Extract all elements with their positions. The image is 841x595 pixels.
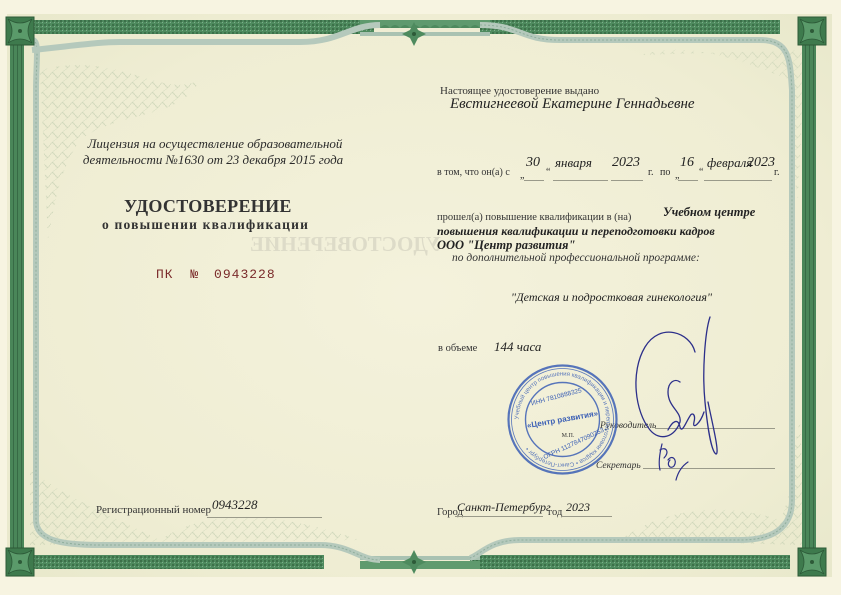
to-year-underline <box>746 180 772 181</box>
city-value: Санкт-Петербург <box>457 500 551 515</box>
to-label: по <box>660 167 670 178</box>
year-underline <box>562 516 612 517</box>
ghost-print-title: УДОСТОВЕРЕНИЕ <box>250 232 441 257</box>
to-month: февраля <box>707 155 752 171</box>
from-day: 30 <box>526 155 540 171</box>
license-line-1: Лицензия на осуществление образовательно… <box>85 136 345 152</box>
head-signature <box>620 312 740 492</box>
from-year-suffix: г. <box>648 167 653 178</box>
program-label: по дополнительной профессиональной прогр… <box>452 252 700 264</box>
from-month: января <box>555 155 592 171</box>
recipient-name: Евстигнеевой Екатерине Геннадьевне <box>450 96 695 113</box>
period-prefix: в том, что он(а) с <box>437 167 510 178</box>
year-label: год <box>548 507 562 518</box>
volume-value: 144 часа <box>494 339 541 355</box>
quote-close-2: “ <box>699 167 703 178</box>
city-underline <box>455 516 543 517</box>
to-day: 16 <box>680 155 694 171</box>
certificate-number-value: 0943228 <box>214 267 276 282</box>
from-day-underline <box>524 180 544 181</box>
to-year: 2023 <box>747 155 775 171</box>
registration-number: 0943228 <box>212 497 258 513</box>
institution-line-3: ООО "Центр развития" <box>437 238 575 253</box>
stamp-center-text: «Центр развития» <box>526 409 599 430</box>
registration-label: Регистрационный номер <box>96 504 211 516</box>
number-sign: № <box>190 267 199 282</box>
institution-line-1: Учебном центре <box>663 205 755 220</box>
stamp-ogrn: ОГРН 1127847090253 <box>543 427 606 461</box>
program-name: "Детская и подростковая гинекология" <box>511 290 712 305</box>
document-title: УДОСТОВЕРЕНИЕ <box>124 196 292 217</box>
license-line-2: деятельности №1630 от 23 декабря 2015 го… <box>68 152 358 168</box>
document-subtitle: о повышении квалификации <box>102 217 309 233</box>
organization-stamp: Учебный центр повышения квалификации и п… <box>505 362 620 477</box>
completed-label: прошел(а) повышение квалификации в (на) <box>437 212 631 223</box>
volume-label: в объеме <box>438 343 477 354</box>
quote-close-1: “ <box>546 167 550 178</box>
institution-line-2: повышения квалификации и переподготовки … <box>437 224 715 239</box>
from-year: 2023 <box>612 155 640 171</box>
series-label: ПК <box>156 267 174 282</box>
registration-underline <box>207 517 322 518</box>
stamp-mp: М.П. <box>562 433 575 439</box>
from-year-underline <box>611 180 643 181</box>
stamp-inn: ИНН 7810888325 <box>531 387 583 407</box>
to-day-underline <box>678 180 698 181</box>
to-year-suffix: г. <box>774 167 779 178</box>
certificate-number: ПК № 0943228 <box>156 267 276 282</box>
year-value: 2023 <box>566 500 590 515</box>
from-month-underline <box>553 180 608 181</box>
